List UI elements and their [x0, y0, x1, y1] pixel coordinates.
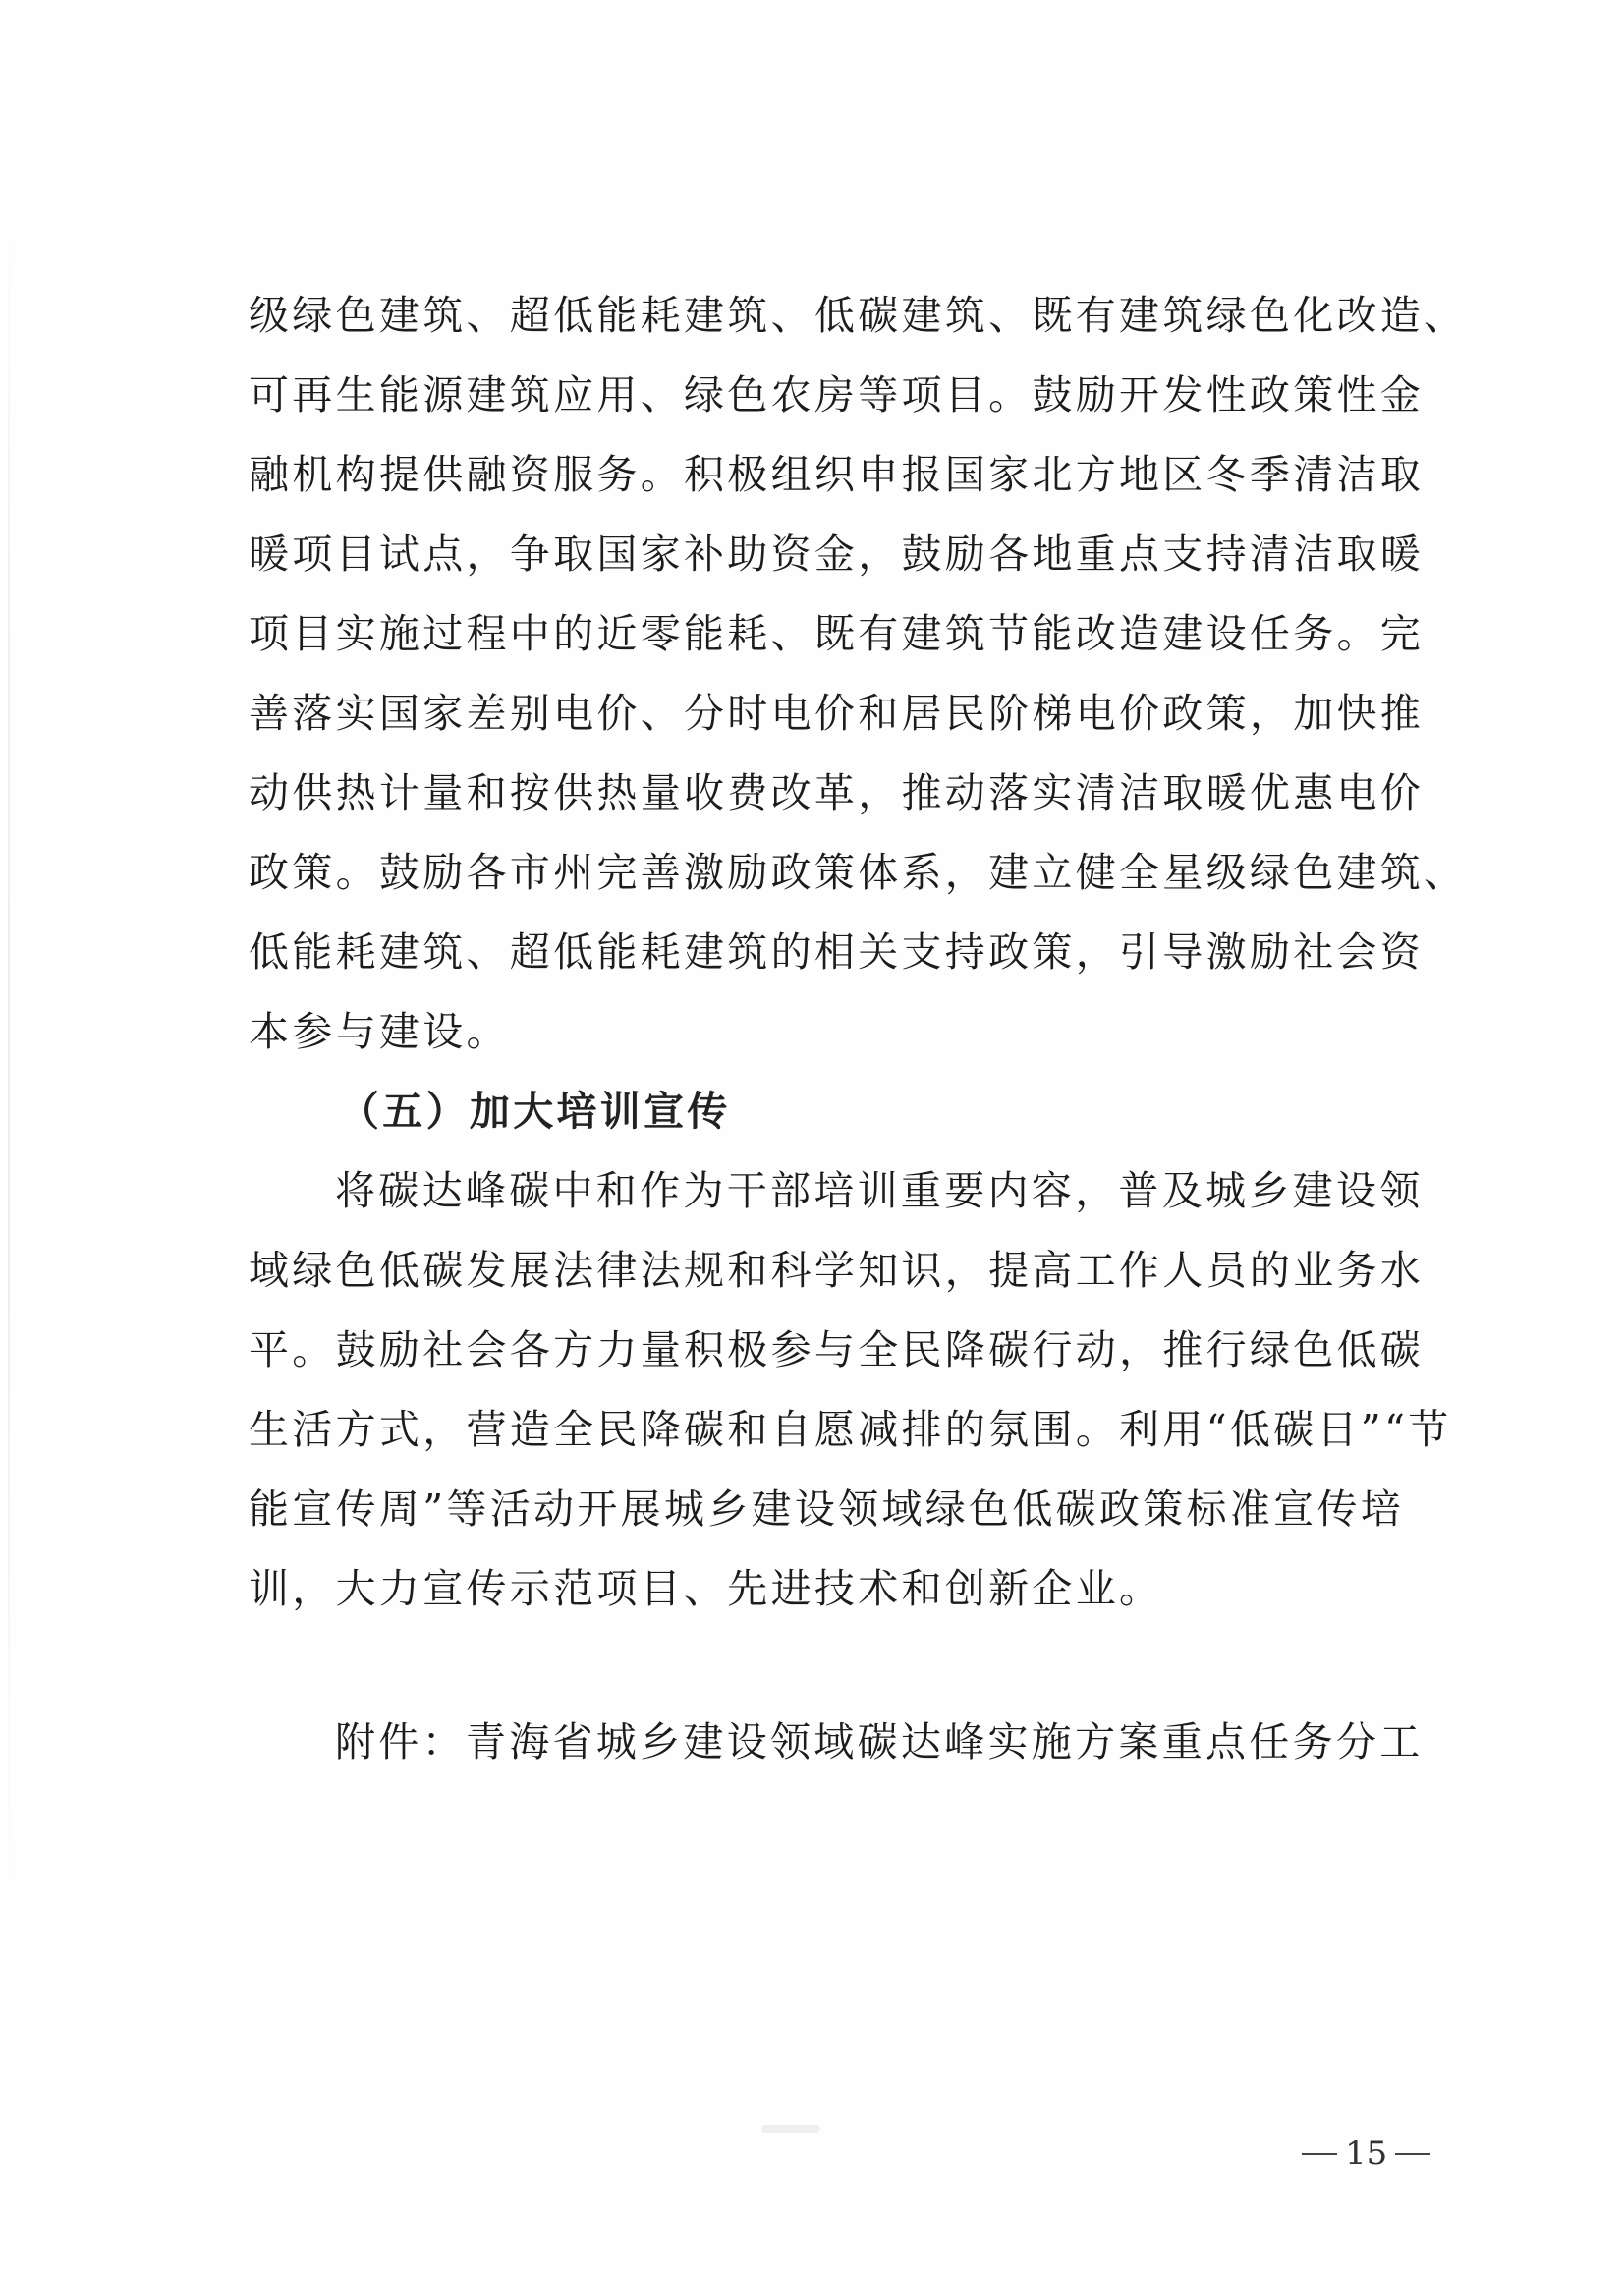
- text-line: 能宣传周”等活动开展城乡建设领域绿色低碳政策标准宣传培: [249, 1470, 1437, 1549]
- text-line: 项目实施过程中的近零能耗、既有建筑节能改造建设任务。完: [249, 594, 1437, 674]
- document-page: 级绿色建筑、超低能耗建筑、低碳建筑、既有建筑绿色化改造、 可再生能源建筑应用、绿…: [0, 0, 1624, 2295]
- dash-left-icon: [1302, 2153, 1337, 2155]
- text-line: 动供热计量和按供热量收费改革，推动落实清洁取暖优惠电价: [249, 754, 1437, 833]
- text-line: 融机构提供融资服务。积极组织申报国家北方地区冬季清洁取: [249, 435, 1437, 515]
- dash-right-icon: [1395, 2153, 1430, 2155]
- document-body: 级绿色建筑、超低能耗建筑、低碳建筑、既有建筑绿色化改造、 可再生能源建筑应用、绿…: [249, 276, 1437, 1782]
- text-line: 训，大力宣传示范项目、先进技术和创新企业。: [249, 1549, 1437, 1629]
- text-line: 低能耗建筑、超低能耗建筑的相关支持政策，引导激励社会资: [249, 913, 1437, 992]
- text-line: 域绿色低碳发展法律法规和科学知识，提高工作人员的业务水: [249, 1231, 1437, 1311]
- attachment-line: 附件：青海省城乡建设领域碳达峰实施方案重点任务分工: [249, 1703, 1437, 1782]
- text-line: 平。鼓励社会各方力量积极参与全民降碳行动，推行绿色低碳: [249, 1311, 1437, 1390]
- text-line: 本参与建设。: [249, 992, 1437, 1072]
- text-line: 政策。鼓励各市州完善激励政策体系，建立健全星级绿色建筑、: [249, 833, 1437, 913]
- text-line: 善落实国家差别电价、分时电价和居民阶梯电价政策，加快推: [249, 674, 1437, 754]
- text-line: 暖项目试点，争取国家补助资金，鼓励各地重点支持清洁取暖: [249, 515, 1437, 594]
- text-line: 生活方式，营造全民降碳和自愿减排的氛围。利用“低碳日”“节: [249, 1390, 1437, 1470]
- text-line: 将碳达峰碳中和作为干部培训重要内容，普及城乡建设领: [249, 1151, 1437, 1231]
- section-heading: （五）加大培训宣传: [249, 1072, 1437, 1151]
- paragraph-continuation: 级绿色建筑、超低能耗建筑、低碳建筑、既有建筑绿色化改造、 可再生能源建筑应用、绿…: [249, 276, 1437, 1072]
- scan-edge-artifact: [8, 226, 10, 1896]
- text-line: 可再生能源建筑应用、绿色农房等项目。鼓励开发性政策性金: [249, 356, 1437, 435]
- section-paragraph: 将碳达峰碳中和作为干部培训重要内容，普及城乡建设领 域绿色低碳发展法律法规和科学…: [249, 1151, 1437, 1629]
- spacer: [249, 1629, 1437, 1703]
- page-number: 15: [1294, 2132, 1451, 2171]
- scan-smudge-artifact: [761, 2125, 820, 2133]
- text-line: 级绿色建筑、超低能耗建筑、低碳建筑、既有建筑绿色化改造、: [249, 276, 1437, 356]
- page-number-value: 15: [1345, 2134, 1387, 2173]
